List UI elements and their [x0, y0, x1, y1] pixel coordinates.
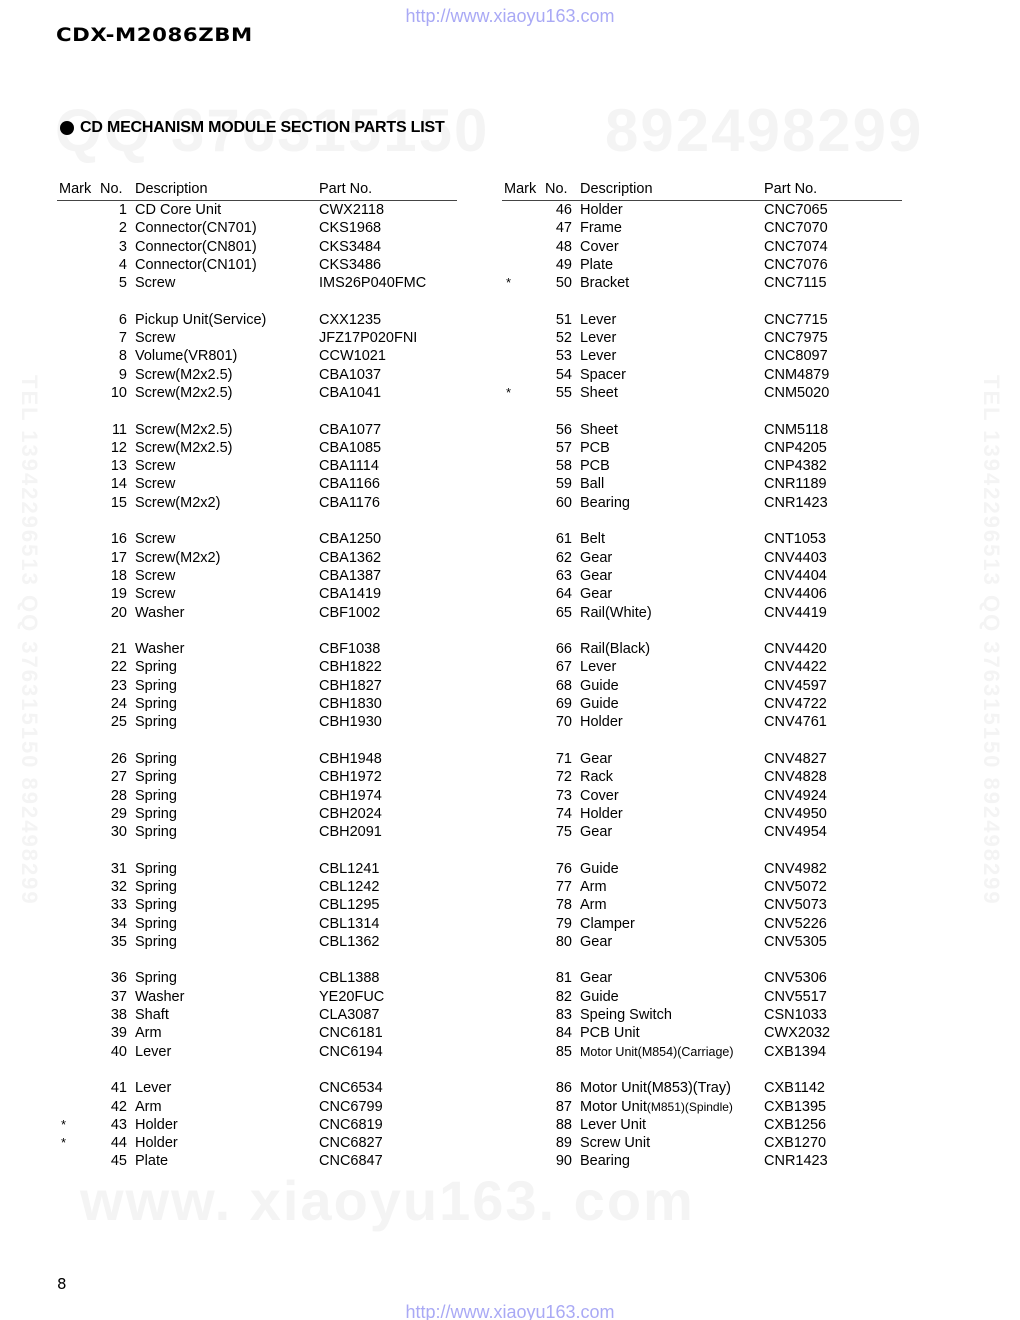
- row-description: Bearing: [580, 1152, 630, 1170]
- row-part-number: CCW1021: [319, 347, 386, 365]
- table-row: 35SpringCBL1362: [57, 933, 457, 951]
- table-row: 10Screw(M2x2.5)CBA1041: [57, 384, 457, 402]
- row-description: Gear: [580, 585, 612, 603]
- table-row: 62GearCNV4403: [502, 549, 902, 567]
- table-row: 8Volume(VR801)CCW1021: [57, 347, 457, 365]
- row-number: 65: [556, 604, 572, 622]
- table-row: 15Screw(M2x2)CBA1176: [57, 494, 457, 512]
- row-number: 67: [556, 658, 572, 676]
- row-number: 74: [556, 805, 572, 823]
- row-part-number: CBH2024: [319, 805, 382, 823]
- row-description: Guide: [580, 677, 619, 695]
- row-number: 59: [556, 475, 572, 493]
- row-description: Belt: [580, 530, 605, 548]
- table-row: 74HolderCNV4950: [502, 805, 902, 823]
- row-part-number: CNC7074: [764, 238, 828, 256]
- row-number: 1: [119, 201, 127, 219]
- row-description: Sheet: [580, 384, 618, 402]
- row-description: Speing Switch: [580, 1006, 672, 1024]
- table-row: 78ArmCNV5073: [502, 896, 902, 914]
- row-part-number: CNC6847: [319, 1152, 383, 1170]
- row-mark: *: [506, 384, 511, 402]
- table-row: 1CD Core UnitCWX2118: [57, 201, 457, 219]
- table-row: 22SpringCBH1822: [57, 658, 457, 676]
- row-number: 10: [111, 384, 127, 402]
- header-part-no: Part No.: [319, 181, 372, 197]
- row-number: 37: [111, 988, 127, 1006]
- table-row: 61BeltCNT1053: [502, 530, 902, 548]
- row-number: 62: [556, 549, 572, 567]
- row-description: Spring: [135, 695, 177, 713]
- row-description: Spring: [135, 896, 177, 914]
- row-number: 25: [111, 713, 127, 731]
- row-description: Spring: [135, 969, 177, 987]
- table-body: 46HolderCNC706547FrameCNC707048CoverCNC7…: [502, 201, 902, 1171]
- row-description: Holder: [580, 201, 623, 219]
- table-row: *43HolderCNC6819: [57, 1116, 457, 1134]
- row-part-number: CBH1974: [319, 787, 382, 805]
- row-description: Volume(VR801): [135, 347, 237, 365]
- row-description: Guide: [580, 695, 619, 713]
- row-description: Lever: [580, 311, 616, 329]
- row-number: 55: [556, 384, 572, 402]
- row-description: Lever Unit: [580, 1116, 646, 1134]
- row-part-number: CBA1114: [319, 457, 379, 475]
- table-row: 77ArmCNV5072: [502, 878, 902, 896]
- row-number: 60: [556, 494, 572, 512]
- table-row: 13ScrewCBA1114: [57, 457, 457, 475]
- row-part-number: CNV5226: [764, 915, 827, 933]
- parts-table-right: Mark No. Description Part No. 46HolderCN…: [502, 180, 902, 1171]
- row-number: 39: [111, 1024, 127, 1042]
- row-part-number: CNM5020: [764, 384, 829, 402]
- row-part-number: CBL1388: [319, 969, 379, 987]
- row-description: Screw(M2x2.5): [135, 384, 233, 402]
- row-description: CD Core Unit: [135, 201, 221, 219]
- table-row: 73CoverCNV4924: [502, 787, 902, 805]
- table-row: 19ScrewCBA1419: [57, 585, 457, 603]
- row-description: Screw(M2x2.5): [135, 366, 233, 384]
- row-part-number: CNP4382: [764, 457, 827, 475]
- row-number: 61: [556, 530, 572, 548]
- row-number: 77: [556, 878, 572, 896]
- row-number: 54: [556, 366, 572, 384]
- table-row: 66Rail(Black)CNV4420: [502, 640, 902, 658]
- table-row: 40LeverCNC6194: [57, 1043, 457, 1061]
- row-part-number: CNV4924: [764, 787, 827, 805]
- row-number: 15: [111, 494, 127, 512]
- table-row: 46HolderCNC7065: [502, 201, 902, 219]
- row-description: Connector(CN101): [135, 256, 257, 274]
- table-row: 29SpringCBH2024: [57, 805, 457, 823]
- row-part-number: CNC6181: [319, 1024, 383, 1042]
- row-description: Gear: [580, 823, 612, 841]
- row-part-number: CNC8097: [764, 347, 828, 365]
- row-number: 3: [119, 238, 127, 256]
- table-row: 79ClamperCNV5226: [502, 915, 902, 933]
- table-row: 80GearCNV5305: [502, 933, 902, 951]
- row-description: Screw(M2x2.5): [135, 421, 233, 439]
- row-part-number: CNV4761: [764, 713, 827, 731]
- row-part-number: CBL1295: [319, 896, 379, 914]
- row-part-number: CBA1176: [319, 494, 380, 512]
- row-part-number: CWX2118: [319, 201, 384, 219]
- table-row: 11Screw(M2x2.5)CBA1077: [57, 421, 457, 439]
- row-description: Spring: [135, 750, 177, 768]
- row-part-number: CNV4828: [764, 768, 827, 786]
- table-row: 71GearCNV4827: [502, 750, 902, 768]
- row-number: 7: [119, 329, 127, 347]
- row-part-number: CNT1053: [764, 530, 826, 548]
- table-row: 24SpringCBH1830: [57, 695, 457, 713]
- table-row: 2Connector(CN701)CKS1968: [57, 219, 457, 237]
- table-row: 31SpringCBL1241: [57, 860, 457, 878]
- row-part-number: JFZ17P020FNI: [319, 329, 417, 347]
- table-row: 4Connector(CN101)CKS3486: [57, 256, 457, 274]
- table-row: 18ScrewCBA1387: [57, 567, 457, 585]
- row-part-number: CBL1314: [319, 915, 379, 933]
- row-part-number: CBL1241: [319, 860, 379, 878]
- row-part-number: CBH1822: [319, 658, 382, 676]
- row-description: Spring: [135, 933, 177, 951]
- row-part-number: CNV4406: [764, 585, 827, 603]
- model-number: CDX-M2086ZBM: [56, 24, 253, 46]
- row-part-number: CNV5305: [764, 933, 827, 951]
- row-number: 34: [111, 915, 127, 933]
- row-description: Frame: [580, 219, 622, 237]
- table-row: 85Motor Unit(M854)(Carriage)CXB1394: [502, 1043, 902, 1061]
- row-description-detail: (M851)(Spindle): [647, 1100, 733, 1114]
- row-description: PCB: [580, 457, 610, 475]
- row-part-number: CNR1423: [764, 1152, 828, 1170]
- row-number: 78: [556, 896, 572, 914]
- row-number: 32: [111, 878, 127, 896]
- row-number: 83: [556, 1006, 572, 1024]
- row-description: Screw(M2x2.5): [135, 439, 233, 457]
- row-description: Spring: [135, 713, 177, 731]
- table-row: *44HolderCNC6827: [57, 1134, 457, 1152]
- table-row: 58PCBCNP4382: [502, 457, 902, 475]
- row-description: Bracket: [580, 274, 629, 292]
- table-row: 47FrameCNC7070: [502, 219, 902, 237]
- table-row: *50BracketCNC7115: [502, 274, 902, 292]
- row-number: 72: [556, 768, 572, 786]
- row-number: 52: [556, 329, 572, 347]
- row-description: Washer: [135, 988, 184, 1006]
- row-number: 68: [556, 677, 572, 695]
- row-number: 57: [556, 439, 572, 457]
- row-description: Screw: [135, 585, 175, 603]
- row-description: Screw: [135, 457, 175, 475]
- table-row: 39ArmCNC6181: [57, 1024, 457, 1042]
- header-no: No.: [100, 181, 123, 197]
- row-number: 76: [556, 860, 572, 878]
- row-description: Shaft: [135, 1006, 169, 1024]
- table-row: 65Rail(White)CNV4419: [502, 604, 902, 622]
- row-description: Spacer: [580, 366, 626, 384]
- row-description: Sheet: [580, 421, 618, 439]
- row-part-number: CBH2091: [319, 823, 382, 841]
- row-part-number: CBA1085: [319, 439, 381, 457]
- watermark-vertical-left: TEL 13942296513 QQ 376315150 892498299: [16, 375, 42, 906]
- row-part-number: CKS3486: [319, 256, 381, 274]
- table-row: 75GearCNV4954: [502, 823, 902, 841]
- table-row: 36SpringCBL1388: [57, 969, 457, 987]
- table-row: 17Screw(M2x2)CBA1362: [57, 549, 457, 567]
- row-description: Ball: [580, 475, 604, 493]
- row-part-number: CNC6534: [319, 1079, 383, 1097]
- bullet-icon: [60, 121, 74, 135]
- row-description: Spring: [135, 805, 177, 823]
- row-part-number: CBA1041: [319, 384, 381, 402]
- row-description: Guide: [580, 860, 619, 878]
- table-row: 67LeverCNV4422: [502, 658, 902, 676]
- table-row: 23SpringCBH1827: [57, 677, 457, 695]
- row-description: Lever: [580, 329, 616, 347]
- row-description: Clamper: [580, 915, 635, 933]
- row-description: Screw: [135, 530, 175, 548]
- row-part-number: CBL1242: [319, 878, 379, 896]
- row-part-number: CKS3484: [319, 238, 381, 256]
- row-part-number: CBA1037: [319, 366, 381, 384]
- row-description: Lever: [580, 658, 616, 676]
- watermark-url-bottom: http://www.xiaoyu163.com: [0, 1302, 1020, 1320]
- row-number: 40: [111, 1043, 127, 1061]
- row-number: 14: [111, 475, 127, 493]
- row-part-number: CNV4422: [764, 658, 827, 676]
- row-part-number: CBA1387: [319, 567, 381, 585]
- table-row: *55SheetCNM5020: [502, 384, 902, 402]
- table-header: Mark No. Description Part No.: [57, 180, 457, 201]
- table-row: 54SpacerCNM4879: [502, 366, 902, 384]
- row-description: Gear: [580, 933, 612, 951]
- header-mark: Mark: [504, 181, 536, 197]
- row-description: Washer: [135, 604, 184, 622]
- row-description: Cover: [580, 238, 619, 256]
- table-row: 30SpringCBH2091: [57, 823, 457, 841]
- table-row: 12Screw(M2x2.5)CBA1085: [57, 439, 457, 457]
- row-part-number: CBF1038: [319, 640, 380, 658]
- row-number: 56: [556, 421, 572, 439]
- row-description: Gear: [580, 750, 612, 768]
- row-description: Holder: [580, 713, 623, 731]
- row-description: Spring: [135, 915, 177, 933]
- row-number: 84: [556, 1024, 572, 1042]
- row-part-number: CBA1250: [319, 530, 381, 548]
- table-row: 84PCB UnitCWX2032: [502, 1024, 902, 1042]
- section-title-text: CD MECHANISM MODULE SECTION PARTS LIST: [80, 119, 445, 137]
- row-part-number: CBA1077: [319, 421, 381, 439]
- row-description: Washer: [135, 640, 184, 658]
- row-part-number: CNP4205: [764, 439, 827, 457]
- row-number: 28: [111, 787, 127, 805]
- row-number: 12: [111, 439, 127, 457]
- table-row: 14ScrewCBA1166: [57, 475, 457, 493]
- table-row: 90BearingCNR1423: [502, 1152, 902, 1170]
- table-row: 34SpringCBL1314: [57, 915, 457, 933]
- row-number: 22: [111, 658, 127, 676]
- row-number: 82: [556, 988, 572, 1006]
- row-part-number: CNV4404: [764, 567, 827, 585]
- row-part-number: CBF1002: [319, 604, 380, 622]
- row-part-number: CNM4879: [764, 366, 829, 384]
- row-number: 63: [556, 567, 572, 585]
- row-part-number: CXB1395: [764, 1098, 826, 1116]
- row-part-number: CNC6194: [319, 1043, 383, 1061]
- row-number: 27: [111, 768, 127, 786]
- table-row: 53LeverCNC8097: [502, 347, 902, 365]
- row-description: Spring: [135, 823, 177, 841]
- row-description: Cover: [580, 787, 619, 805]
- row-description: Guide: [580, 988, 619, 1006]
- table-row: 59BallCNR1189: [502, 475, 902, 493]
- row-number: 50: [556, 274, 572, 292]
- row-description: Spring: [135, 860, 177, 878]
- page-number: 8: [57, 1275, 67, 1293]
- row-description: Motor Unit(M854)(Carriage): [580, 1043, 734, 1061]
- table-row: 52LeverCNC7975: [502, 329, 902, 347]
- row-part-number: CLA3087: [319, 1006, 379, 1024]
- row-description: PCB Unit: [580, 1024, 640, 1042]
- row-number: 9: [119, 366, 127, 384]
- row-part-number: CNV4419: [764, 604, 827, 622]
- row-part-number: IMS26P040FMC: [319, 274, 426, 292]
- row-part-number: CNR1189: [764, 475, 827, 493]
- row-description: Spring: [135, 878, 177, 896]
- row-part-number: CNV5072: [764, 878, 827, 896]
- row-part-number: CBH1830: [319, 695, 382, 713]
- row-part-number: CXX1235: [319, 311, 381, 329]
- table-row: 57PCBCNP4205: [502, 439, 902, 457]
- row-number: 48: [556, 238, 572, 256]
- row-number: 42: [111, 1098, 127, 1116]
- row-number: 5: [119, 274, 127, 292]
- table-row: 27SpringCBH1972: [57, 768, 457, 786]
- table-row: 86Motor Unit(M853)(Tray)CXB1142: [502, 1079, 902, 1097]
- table-row: 6Pickup Unit(Service)CXX1235: [57, 311, 457, 329]
- row-part-number: CXB1270: [764, 1134, 826, 1152]
- row-part-number: CXB1142: [764, 1079, 825, 1097]
- row-number: 29: [111, 805, 127, 823]
- table-row: 7ScrewJFZ17P020FNI: [57, 329, 457, 347]
- table-row: 45PlateCNC6847: [57, 1152, 457, 1170]
- row-description: Gear: [580, 969, 612, 987]
- row-number: 66: [556, 640, 572, 658]
- header-no: No.: [545, 181, 568, 197]
- row-description: Screw: [135, 274, 175, 292]
- row-number: 20: [111, 604, 127, 622]
- row-number: 36: [111, 969, 127, 987]
- table-row: 28SpringCBH1974: [57, 787, 457, 805]
- row-number: 73: [556, 787, 572, 805]
- table-row: 87Motor Unit(M851)(Spindle)CXB1395: [502, 1098, 902, 1116]
- row-part-number: CNC7076: [764, 256, 828, 274]
- table-header: Mark No. Description Part No.: [502, 180, 902, 201]
- row-number: 69: [556, 695, 572, 713]
- row-number: 6: [119, 311, 127, 329]
- table-row: 51LeverCNC7715: [502, 311, 902, 329]
- row-number: 90: [556, 1152, 572, 1170]
- row-description: Pickup Unit(Service): [135, 311, 266, 329]
- row-number: 24: [111, 695, 127, 713]
- row-part-number: CWX2032: [764, 1024, 830, 1042]
- row-part-number: CNV4827: [764, 750, 827, 768]
- row-description: Spring: [135, 658, 177, 676]
- row-description: Lever: [135, 1079, 171, 1097]
- row-part-number: CNV4403: [764, 549, 827, 567]
- table-row: 60BearingCNR1423: [502, 494, 902, 512]
- row-number: 64: [556, 585, 572, 603]
- row-part-number: CNV5306: [764, 969, 827, 987]
- row-part-number: CBH1972: [319, 768, 382, 786]
- row-mark: *: [61, 1116, 66, 1134]
- row-description: Rack: [580, 768, 613, 786]
- row-description: Arm: [580, 878, 607, 896]
- row-mark: *: [61, 1134, 66, 1152]
- table-row: 38ShaftCLA3087: [57, 1006, 457, 1024]
- row-part-number: CNV4420: [764, 640, 827, 658]
- watermark-site: www. xiaoyu163. com: [80, 1168, 695, 1233]
- row-part-number: CNC7975: [764, 329, 828, 347]
- row-number: 46: [556, 201, 572, 219]
- row-description: Plate: [135, 1152, 168, 1170]
- row-number: 4: [119, 256, 127, 274]
- row-part-number: CNM5118: [764, 421, 828, 439]
- row-part-number: CXB1256: [764, 1116, 826, 1134]
- row-number: 26: [111, 750, 127, 768]
- row-number: 45: [111, 1152, 127, 1170]
- row-part-number: CBH1827: [319, 677, 382, 695]
- header-description: Description: [580, 181, 653, 197]
- table-row: 16ScrewCBA1250: [57, 530, 457, 548]
- row-description: Screw(M2x2): [135, 549, 220, 567]
- row-number: 89: [556, 1134, 572, 1152]
- row-number: 11: [112, 421, 127, 439]
- row-part-number: CNC6827: [319, 1134, 383, 1152]
- row-description: Holder: [135, 1116, 178, 1134]
- table-row: 5ScrewIMS26P040FMC: [57, 274, 457, 292]
- parts-table-left: Mark No. Description Part No. 1CD Core U…: [57, 180, 457, 1171]
- row-description: Motor Unit(M851)(Spindle): [580, 1098, 733, 1116]
- row-number: 86: [556, 1079, 572, 1097]
- row-description: Spring: [135, 677, 177, 695]
- row-number: 30: [111, 823, 127, 841]
- row-part-number: CNR1423: [764, 494, 828, 512]
- table-row: 70HolderCNV4761: [502, 713, 902, 731]
- row-number: 75: [556, 823, 572, 841]
- row-number: 38: [111, 1006, 127, 1024]
- row-description: Rail(White): [580, 604, 652, 622]
- table-row: 82GuideCNV5517: [502, 988, 902, 1006]
- row-description: PCB: [580, 439, 610, 457]
- watermark-number: 892498299: [605, 96, 923, 165]
- row-description: Connector(CN701): [135, 219, 257, 237]
- row-number: 71: [556, 750, 572, 768]
- row-number: 16: [111, 530, 127, 548]
- table-row: 63GearCNV4404: [502, 567, 902, 585]
- row-description: Arm: [135, 1024, 162, 1042]
- row-description: Gear: [580, 549, 612, 567]
- row-part-number: CNV4954: [764, 823, 827, 841]
- row-part-number: CNV4597: [764, 677, 827, 695]
- table-row: 3Connector(CN801)CKS3484: [57, 238, 457, 256]
- row-part-number: CNC6819: [319, 1116, 383, 1134]
- row-part-number: CNV5517: [764, 988, 827, 1006]
- row-number: 19: [111, 585, 127, 603]
- row-part-number: CNC6799: [319, 1098, 383, 1116]
- header-mark: Mark: [59, 181, 91, 197]
- table-row: 20WasherCBF1002: [57, 604, 457, 622]
